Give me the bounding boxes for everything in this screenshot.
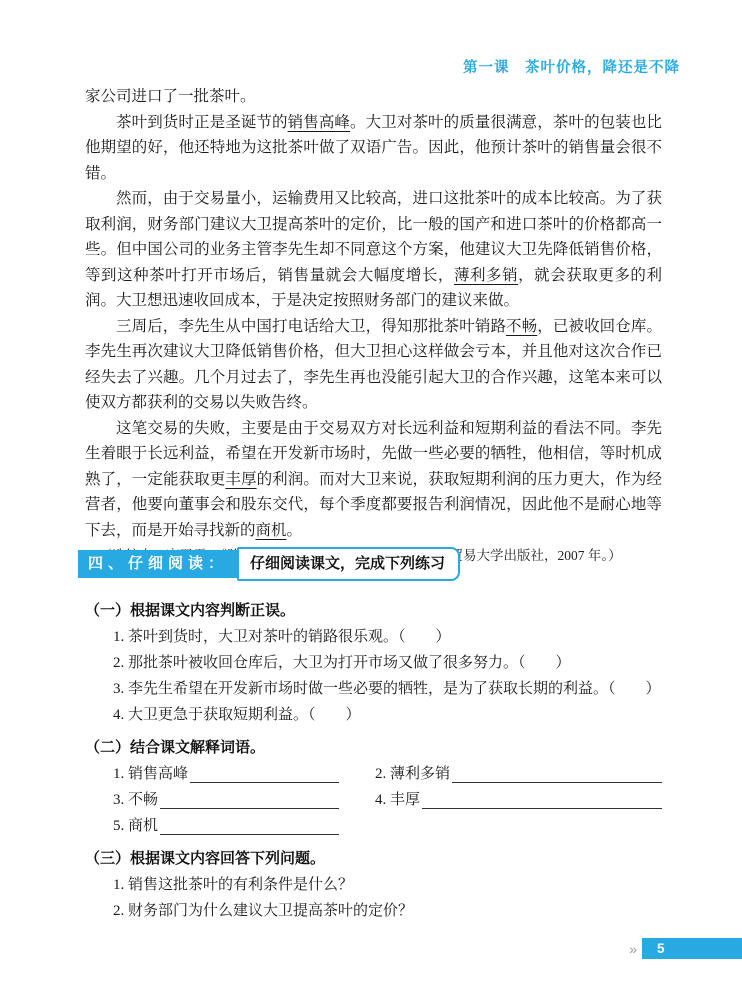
word-label: 2. 薄利多销 (375, 761, 450, 787)
lesson-title: 第一课 茶叶价格，降还是不降 (463, 56, 680, 77)
word-label: 5. 商机 (113, 813, 158, 839)
passage-paragraph: 家公司进口了一批茶叶。 (85, 84, 662, 110)
text-segment: 茶叶到货时正是圣诞节的 (116, 114, 288, 131)
text-segment: 家公司进口了一批茶叶。 (85, 88, 256, 105)
chevrons-icon: » (629, 941, 637, 957)
exercise-item: 2. 那批茶叶被收回仓库后，大卫为打开市场又做了很多努力。（ ） (85, 650, 662, 676)
passage-paragraph: 茶叶到货时正是圣诞节的销售高峰。大卫对茶叶的质量很满意，茶叶的包装也比他期望的好… (85, 110, 662, 187)
section-four-label: 四、仔细阅读： (78, 550, 237, 578)
exercise-true-false: （一）根据课文内容判断正误。 1. 茶叶到货时，大卫对茶叶的销路很乐观。（ ） … (85, 598, 662, 728)
exercise-define-words: （二）结合课文解释词语。 1. 销售高峰 2. 薄利多销 3. 不畅 4. 丰厚… (85, 735, 662, 839)
text-segment: 。 (287, 522, 303, 539)
exercise-row: 1. 销售高峰 2. 薄利多销 (85, 761, 662, 787)
text-segment: 三周后，李先生从中国打电话给大卫，得知那批茶叶销路 (116, 318, 506, 335)
page-number: 5 (657, 941, 665, 956)
answer-blank (160, 813, 339, 835)
exercise-heading: （一）根据课文内容判断正误。 (85, 598, 662, 624)
answer-blank (190, 761, 339, 783)
exercise-item: 3. 李先生希望在开发新市场时做一些必要的牺牲，是为了获取长期的利益。（ ） (85, 676, 662, 702)
reading-passage: 家公司进口了一批茶叶。 茶叶到货时正是圣诞节的销售高峰。大卫对茶叶的质量很满意，… (85, 84, 662, 569)
word-label: 1. 销售高峰 (113, 761, 188, 787)
passage-paragraph: 三周后，李先生从中国打电话给大卫，得知那批茶叶销路不畅，已被收回仓库。李先生再次… (85, 314, 662, 416)
exercise-item: 1. 茶叶到货时，大卫对茶叶的销路很乐观。（ ） (85, 624, 662, 650)
underlined-term: 商机 (256, 522, 287, 539)
word-label: 4. 丰厚 (375, 787, 420, 813)
empty-cell (375, 813, 662, 839)
exercise-row: 3. 不畅 4. 丰厚 (85, 787, 662, 813)
exercise-item: 2. 财务部门为什么建议大卫提高茶叶的定价？ (85, 898, 662, 924)
exercise-row: 5. 商机 (85, 813, 662, 839)
exercises: （一）根据课文内容判断正误。 1. 茶叶到货时，大卫对茶叶的销路很乐观。（ ） … (85, 598, 662, 931)
underlined-term: 销售高峰 (288, 114, 350, 131)
underlined-term: 薄利多销 (454, 267, 518, 284)
section-four-instruction: 仔细阅读课文，完成下列练习 (237, 547, 460, 581)
answer-blank (160, 787, 339, 809)
passage-paragraph: 这笔交易的失败，主要是由于交易双方对长远利益和短期利益的看法不同。李先生着眼于长… (85, 416, 662, 544)
answer-blank (452, 761, 662, 783)
word-blank-item: 5. 商机 (113, 813, 339, 839)
page-number-box: 5 (642, 938, 742, 959)
answer-blank (422, 787, 662, 809)
word-blank-item: 2. 薄利多销 (375, 761, 662, 787)
passage-paragraph: 然而，由于交易量小，运输费用又比较高，进口这批茶叶的成本比较高。为了获取利润，财… (85, 186, 662, 314)
exercise-item: 1. 销售这批茶叶的有利条件是什么？ (85, 872, 662, 898)
exercise-item: 4. 大卫更急于获取短期利益。（ ） (85, 702, 662, 728)
word-blank-item: 3. 不畅 (113, 787, 339, 813)
exercise-heading: （二）结合课文解释词语。 (85, 735, 662, 761)
word-label: 3. 不畅 (113, 787, 158, 813)
textbook-page: { "colors": { "accent": "#29a9e1" }, "he… (0, 0, 742, 1000)
underlined-term: 丰厚 (225, 471, 256, 488)
exercise-heading: （三）根据课文内容回答下列问题。 (85, 846, 662, 872)
word-blank-item: 4. 丰厚 (375, 787, 662, 813)
section-four-banner: 四、仔细阅读： 仔细阅读课文，完成下列练习 (78, 547, 460, 581)
page-footer: » 5 (629, 938, 742, 959)
exercise-questions: （三）根据课文内容回答下列问题。 1. 销售这批茶叶的有利条件是什么？ 2. 财… (85, 846, 662, 924)
underlined-term: 不畅 (506, 318, 537, 335)
word-blank-item: 1. 销售高峰 (113, 761, 339, 787)
